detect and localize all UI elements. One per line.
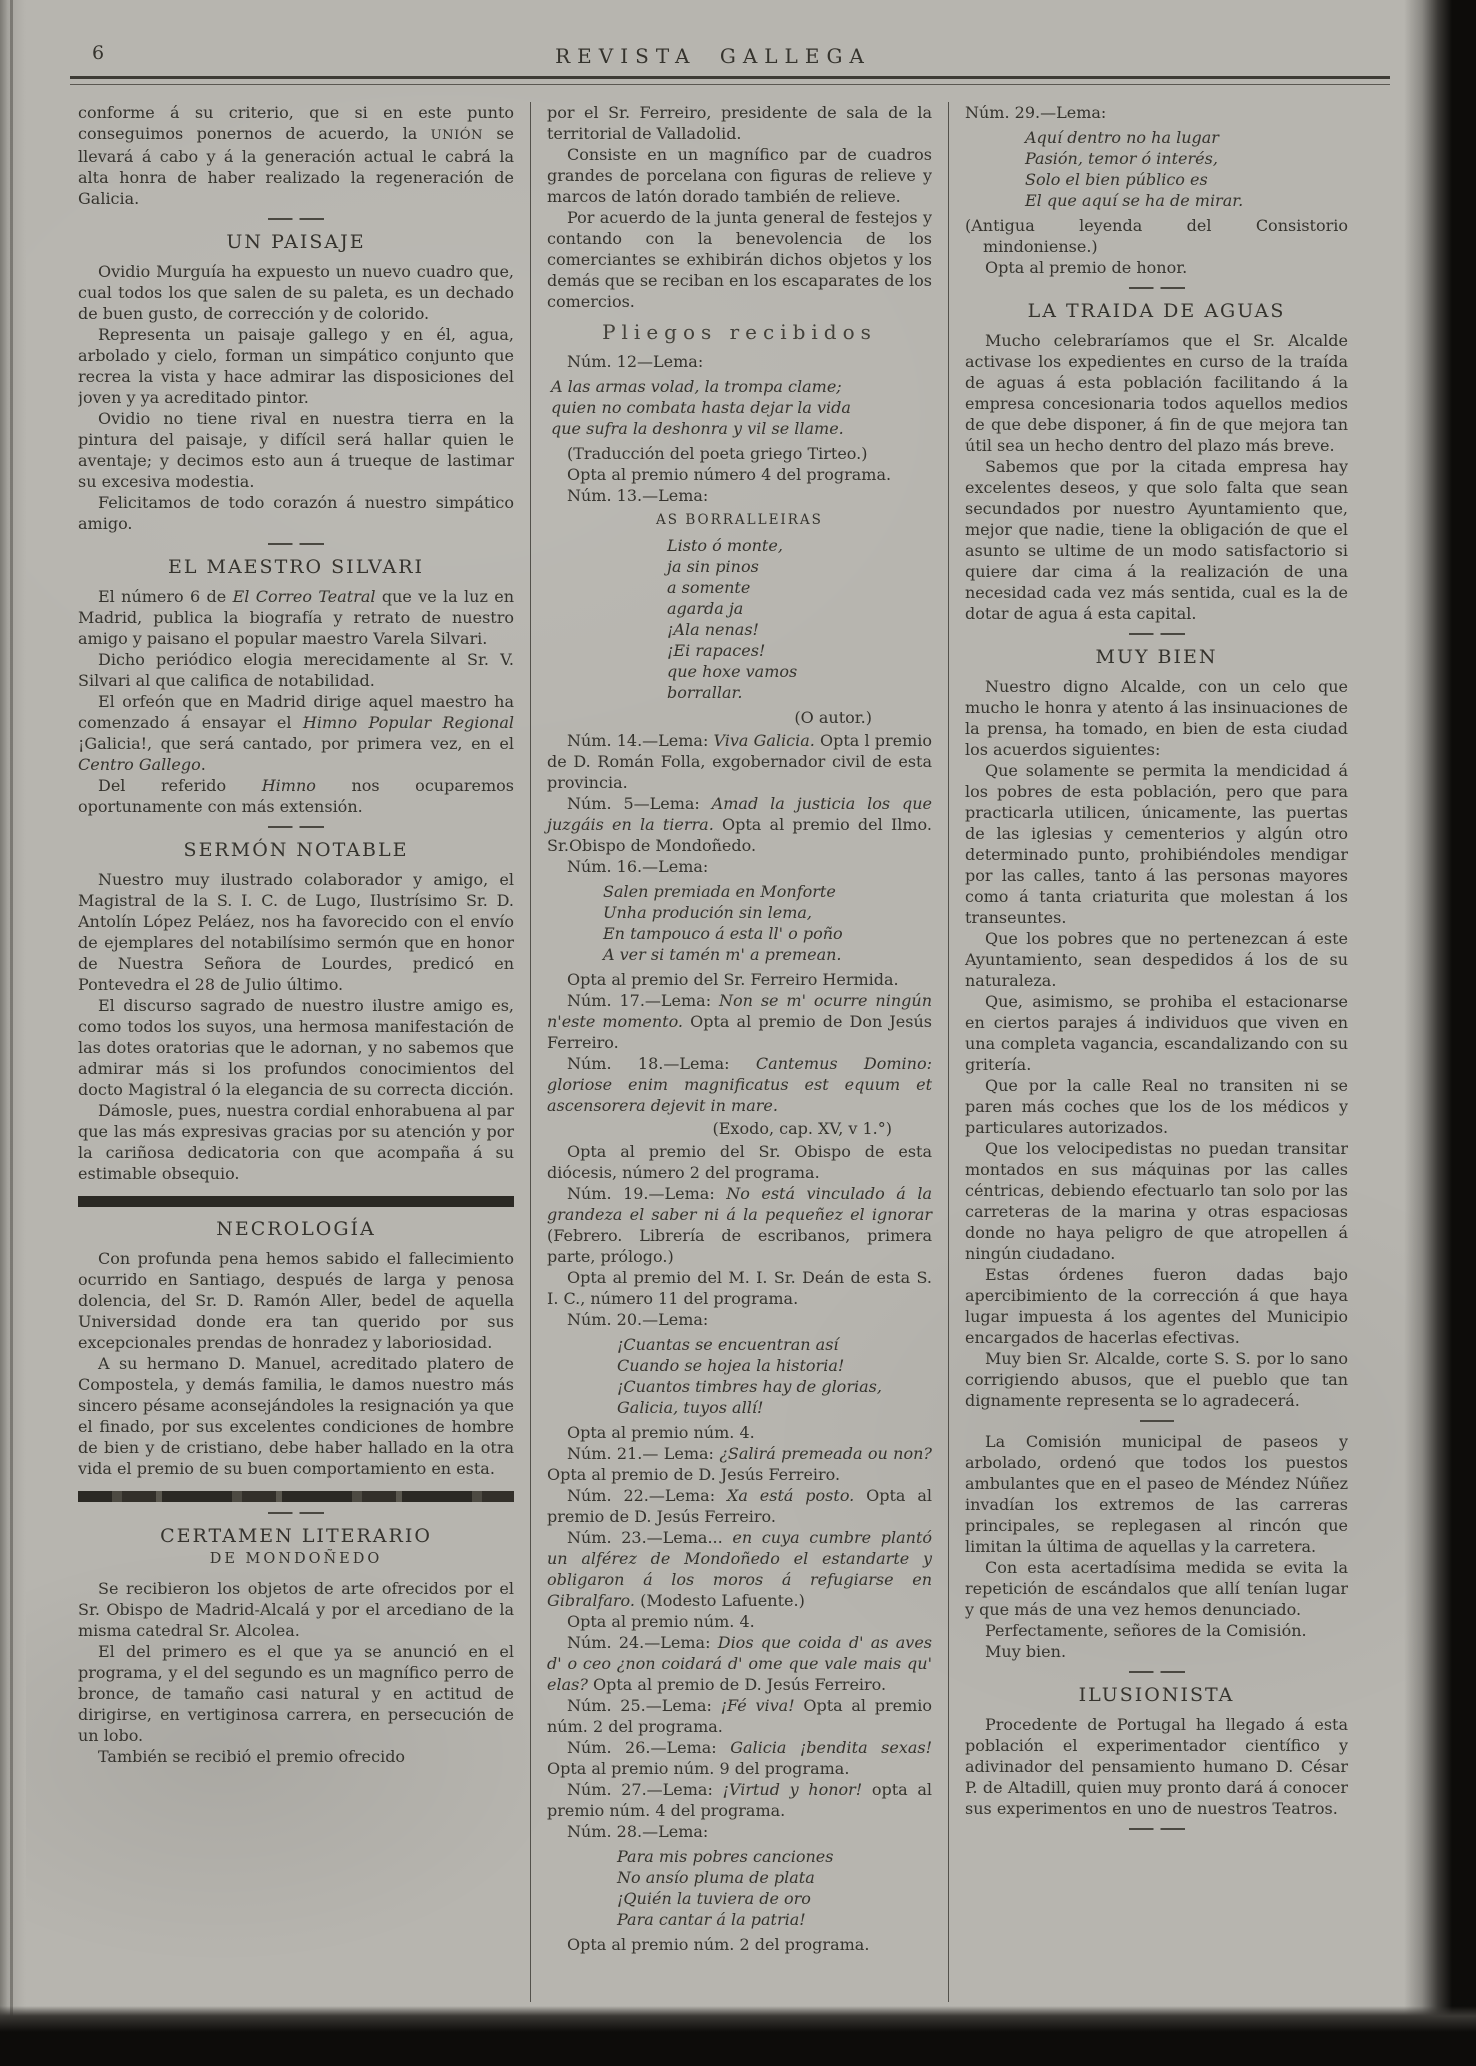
article-paragraph: Ovidio no tiene rival en nuestra tierra … <box>78 408 514 492</box>
ink-bar <box>78 1491 514 1502</box>
section-separator <box>1129 633 1185 635</box>
article-paragraph: Núm. 25.—Lema: ¡Fé viva! Opta al premio … <box>547 1695 932 1737</box>
article-paragraph: Que, asimismo, se prohiba el estacionars… <box>965 991 1348 1075</box>
article-paragraph: Núm. 16.—Lema: <box>547 856 932 877</box>
column-1: conforme á su criterio, que si en este p… <box>78 102 530 2002</box>
article-paragraph: Felicitamos de todo corazón á nuestro si… <box>78 492 514 534</box>
section-separator <box>1129 1828 1185 1830</box>
verse-block: Para mis pobres cancionesNo ansío pluma … <box>617 1846 932 1930</box>
section-heading: SERMÓN NOTABLE <box>78 840 514 861</box>
verse-line: Pasión, temor ó interés, <box>1025 148 1348 169</box>
section-heading: EL MAESTRO SILVARI <box>78 557 514 578</box>
italic-run: Himno <box>262 776 316 795</box>
article-paragraph: Núm. 22.—Lema: Xa está posto. Opta al pr… <box>547 1485 932 1527</box>
text-run: . <box>201 755 206 774</box>
verse-block: Salen premiada en MonforteUnha produción… <box>603 881 932 965</box>
verse-line: Para mis pobres canciones <box>617 1846 932 1867</box>
verse-line: Aquí dentro no ha lugar <box>1025 127 1348 148</box>
article-paragraph: Mucho celebraríamos que el Sr. Alcalde a… <box>965 330 1348 456</box>
article-paragraph: Núm. 14.—Lema: Viva Galicia. Opta l prem… <box>547 730 932 793</box>
verse-line: Cuando se hojea la historia! <box>617 1355 932 1376</box>
article-paragraph: Estas órdenes fueron dadas bajo apercibi… <box>965 1264 1348 1348</box>
text-run: Núm. 22.—Lema: <box>567 1486 727 1505</box>
italic-run: ¡Fé viva! <box>721 1696 795 1715</box>
article-paragraph: Núm. 17.—Lema: Non se m' ocurre ningún n… <box>547 990 932 1053</box>
article-paragraph: Procedente de Portugal ha llegado á esta… <box>965 1714 1348 1819</box>
masthead-title: REVISTA GALLEGA <box>78 44 1348 68</box>
verse-line: ¡Cuantas se encuentran así <box>617 1334 932 1355</box>
text-run: Núm. 5—Lema: <box>567 794 712 813</box>
column-3: Núm. 29.—Lema:Aquí dentro no ha lugarPas… <box>948 102 1348 2002</box>
article-paragraph: Opta al premio del Sr. Obispo de esta di… <box>547 1141 932 1183</box>
binding-gutter-line <box>10 0 13 2066</box>
text-run: Núm. 25.—Lema: <box>567 1696 721 1715</box>
article-paragraph: Por acuerdo de la junta general de feste… <box>547 207 932 312</box>
verse-line: a somente <box>667 577 932 598</box>
italic-run: El Correo Teatral <box>233 587 376 606</box>
article-paragraph: Núm. 21.— Lema: ¿Salirá premeada ou non?… <box>547 1443 932 1485</box>
paper-right-edge <box>1404 0 1476 2066</box>
text-run: El número 6 de <box>98 587 233 606</box>
smallcaps-title: AS BORRALLEIRAS <box>547 510 932 531</box>
article-paragraph: Que por la calle Real no transiten ni se… <box>965 1075 1348 1138</box>
article-paragraph: Muy bien Sr. Alcalde, corte S. S. por lo… <box>965 1348 1348 1411</box>
article-paragraph: El discurso sagrado de nuestro ilustre a… <box>78 995 514 1100</box>
verse-block: A las armas volad, la trompa clame;quien… <box>551 376 932 439</box>
text-run: (Modesto Lafuente.) <box>635 1591 805 1610</box>
article-paragraph: Núm. 5—Lema: Amad la justicia los que ju… <box>547 793 932 856</box>
verse-line: El que aquí se ha de mirar. <box>1025 190 1348 211</box>
verse-line: borrallar. <box>667 682 932 703</box>
text-run: Núm. 26.—Lema: <box>567 1738 730 1757</box>
section-heading: ILUSIONISTA <box>965 1685 1348 1706</box>
smallcaps-run: UNIÓN <box>431 128 483 143</box>
verse-block: Aquí dentro no ha lugarPasión, temor ó i… <box>1025 127 1348 211</box>
article-paragraph: Opta al premio núm. 4. <box>547 1422 932 1443</box>
column-2: por el Sr. Ferreiro, presidente de sala … <box>530 102 948 2002</box>
italic-run: Viva Galicia. <box>713 731 814 750</box>
italic-run: Centro Gallego <box>78 755 201 774</box>
article-paragraph: Representa un paisaje gallego y en él, a… <box>78 324 514 408</box>
article-paragraph: Núm. 29.—Lema: <box>965 102 1348 123</box>
section-separator <box>268 543 324 545</box>
verse-line: Para cantar á la patria! <box>617 1909 932 1930</box>
verse-line: En tampouco á esta ll' o poño <box>603 923 932 944</box>
section-heading: MUY BIEN <box>965 647 1348 668</box>
text-run: Opta al premio núm. 9 del programa. <box>547 1759 849 1778</box>
text-run: Núm. 24.—Lema: <box>567 1633 718 1652</box>
article-paragraph: El del primero es el que ya se anunció e… <box>78 1641 514 1746</box>
section-heading: LA TRAIDA DE AGUAS <box>965 301 1348 322</box>
article-paragraph: conforme á su criterio, que si en este p… <box>78 102 514 209</box>
header-rule <box>70 76 1390 85</box>
article-paragraph: Consiste en un magnífico par de cuadros … <box>547 144 932 207</box>
text-run: Opta al premio de D. Jesús Ferreiro. <box>588 1675 886 1694</box>
section-separator <box>268 1512 324 1514</box>
article-paragraph: Opta al premio núm. 2 del programa. <box>547 1934 932 1955</box>
section-separator <box>268 826 324 828</box>
article-paragraph: Núm. 26.—Lema: Galicia ¡bendita sexas! O… <box>547 1737 932 1779</box>
verse-line: Galicia, tuyos allí! <box>617 1397 932 1418</box>
article-paragraph: Núm. 13.—Lema: <box>547 485 932 506</box>
verse-block: Listo ó monte,ja sin pinosa somenteagard… <box>667 535 932 703</box>
attribution: (O autor.) <box>547 707 932 728</box>
article-paragraph: Muy bien. <box>965 1641 1348 1662</box>
article-paragraph: Con profunda pena hemos sabido el fallec… <box>78 1248 514 1353</box>
verse-line: Unha produción sin lema, <box>603 902 932 923</box>
article-paragraph: El orfeón que en Madrid dirige aquel mae… <box>78 691 514 775</box>
text-run: Núm. 23.—Lema... <box>567 1528 732 1547</box>
section-separator <box>1140 1420 1174 1422</box>
verse-line: ¡Quién la tuviera de oro <box>617 1888 932 1909</box>
article-paragraph: Nuestro muy ilustrado colaborador y amig… <box>78 869 514 995</box>
article-paragraph: Opta al premio núm. 4. <box>547 1611 932 1632</box>
article-paragraph: Núm. 23.—Lema... en cuya cumbre plantó u… <box>547 1527 932 1611</box>
article-paragraph: Dicho periódico elogia merecidamente al … <box>78 649 514 691</box>
text-run: Opta al premio de D. Jesús Ferreiro. <box>547 1465 840 1484</box>
italic-run: Xa está posto. <box>727 1486 854 1505</box>
article-paragraph: A su hermano D. Manuel, acreditado plate… <box>78 1353 514 1479</box>
article-paragraph: Opta al premio de honor. <box>965 257 1348 278</box>
verse-line: agarda ja <box>667 598 932 619</box>
article-paragraph: Núm. 24.—Lema: Dios que coida d' as aves… <box>547 1632 932 1695</box>
text-run: Núm. 19.—Lema: <box>567 1184 726 1203</box>
text-run: ¡Galicia!, que será cantado, por primera… <box>78 734 514 753</box>
section-heading-sub: DE MONDOÑEDO <box>78 1549 514 1570</box>
paper-bottom-edge <box>0 2006 1476 2066</box>
article-paragraph: También se recibió el premio ofrecido <box>78 1746 514 1767</box>
italic-run: Galicia ¡bendita sexas! <box>730 1738 932 1757</box>
verse-line: que sufra la deshonra y vil se llame. <box>551 418 932 439</box>
verse-line: A las armas volad, la trompa clame; <box>551 376 932 397</box>
text-run: Núm. 18.—Lema: <box>567 1054 756 1073</box>
article-paragraph: (Traducción del poeta griego Tirteo.) <box>547 443 932 464</box>
verse-line: quien no combata hasta dejar la vida <box>551 397 932 418</box>
article-paragraph: Dámosle, pues, nuestra cordial enhorabue… <box>78 1100 514 1184</box>
ink-bar <box>78 1196 514 1207</box>
text-run: Del referido <box>98 776 262 795</box>
verse-line: ¡Cuantos timbres hay de glorias, <box>617 1376 932 1397</box>
text-run: (Febrero. Librería de escribanos, primer… <box>547 1226 932 1266</box>
article-paragraph: Núm. 28.—Lema: <box>547 1821 932 1842</box>
text-run: Núm. 14.—Lema: <box>567 731 713 750</box>
section-separator <box>1129 287 1185 289</box>
article-paragraph: Opta al premio del Sr. Ferreiro Hermida. <box>547 969 932 990</box>
article-paragraph: Perfectamente, señores de la Comisión. <box>965 1620 1348 1641</box>
section-heading: NECROLOGÍA <box>78 1219 514 1240</box>
verse-line: ¡Ei rapaces! <box>667 640 932 661</box>
article-paragraph: Opta al premio del M. I. Sr. Deán de est… <box>547 1267 932 1309</box>
article-paragraph: Del referido Himno nos ocuparemos oportu… <box>78 775 514 817</box>
article-paragraph: Que los velocipedistas no puedan transit… <box>965 1138 1348 1264</box>
article-paragraph: Que solamente se permita la mendicidad á… <box>965 760 1348 928</box>
article-paragraph: Núm. 18.—Lema: Cantemus Domino: gloriose… <box>547 1053 932 1116</box>
article-paragraph: Nuestro digno Alcalde, con un celo que m… <box>965 676 1348 760</box>
verse-line: A ver si tamén m' a premean. <box>603 944 932 965</box>
verse-line: No ansío pluma de plata <box>617 1867 932 1888</box>
attribution: (Exodo, cap. XV, v 1.°) <box>547 1118 932 1139</box>
article-paragraph: El número 6 de El Correo Teatral que ve … <box>78 586 514 649</box>
italic-run: Himno Popular Regional <box>303 713 514 732</box>
article-paragraph: Que los pobres que no pertenezcan á este… <box>965 928 1348 991</box>
verse-line: ¡Ala nenas! <box>667 619 932 640</box>
article-paragraph: por el Sr. Ferreiro, presidente de sala … <box>547 102 932 144</box>
text-run: Núm. 27.—Lema: <box>567 1780 723 1799</box>
section-separator <box>1129 1671 1185 1673</box>
italic-run: ¿Salirá premeada ou non? <box>719 1444 932 1463</box>
article-paragraph: Núm. 12—Lema: <box>547 351 932 372</box>
section-separator <box>268 218 324 220</box>
section-heading: UN PAISAJE <box>78 232 514 253</box>
article-paragraph: Con esta acertadísima medida se evita la… <box>965 1557 1348 1620</box>
article-paragraph: Se recibieron los objetos de arte ofreci… <box>78 1578 514 1641</box>
italic-run: ¡Virtud y honor! <box>723 1780 863 1799</box>
verse-line: que hoxe vamos <box>667 661 932 682</box>
section-heading: CERTAMEN LITERARIODE MONDOÑEDO <box>78 1526 514 1570</box>
article-paragraph: La Comisión municipal de paseos y arbola… <box>965 1431 1348 1557</box>
text-run: Núm. 17.—Lema: <box>567 991 719 1010</box>
verse-block: ¡Cuantas se encuentran asíCuando se hoje… <box>617 1334 932 1418</box>
paper-left-edge <box>0 0 26 2066</box>
article-paragraph: Sabemos que por la citada empresa hay ex… <box>965 456 1348 624</box>
verse-line: Solo el bien público es <box>1025 169 1348 190</box>
article-paragraph: Núm. 19.—Lema: No está vinculado á la gr… <box>547 1183 932 1267</box>
article-paragraph: Ovidio Murguía ha expuesto un nuevo cuad… <box>78 261 514 324</box>
article-paragraph: (Antigua leyenda del Consistorio mindoni… <box>965 215 1348 257</box>
article-paragraph: Núm. 20.—Lema: <box>547 1309 932 1330</box>
verse-line: Salen premiada en Monforte <box>603 881 932 902</box>
columns-container: conforme á su criterio, que si en este p… <box>78 102 1348 2002</box>
newspaper-page-scan: 6 REVISTA GALLEGA conforme á su criterio… <box>0 0 1476 2066</box>
verse-line: ja sin pinos <box>667 556 932 577</box>
article-paragraph: Núm. 27.—Lema: ¡Virtud y honor! opta al … <box>547 1779 932 1821</box>
article-paragraph: Opta al premio número 4 del programa. <box>547 464 932 485</box>
section-heading-spaced: Pliegos recibidos <box>547 322 932 343</box>
text-run: Núm. 21.— Lema: <box>567 1444 719 1463</box>
verse-line: Listo ó monte, <box>667 535 932 556</box>
